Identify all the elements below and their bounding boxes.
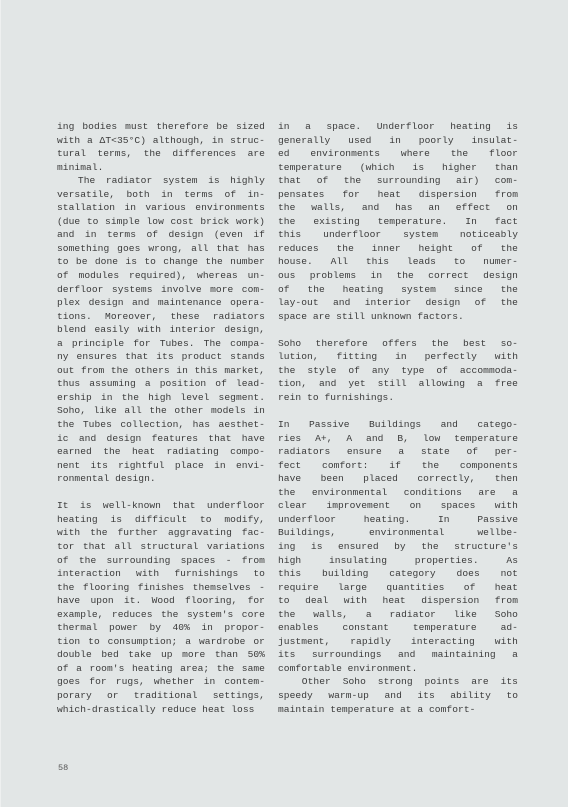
text-line: thermal power by 40% in propor- (57, 621, 265, 635)
text-line: underfloor heating. In Passive (278, 513, 518, 527)
text-line: Buildings, environmental wellbe- (278, 526, 518, 540)
right-text-column: in a space. Underfloor heating isgeneral… (278, 120, 518, 716)
text-line: rein to furnishings. (278, 391, 518, 405)
text-line: It is well-known that underfloor (57, 499, 265, 513)
text-line: its surroundings and maintaining a (278, 648, 518, 662)
paragraph-gap (278, 404, 518, 418)
text-line: of the heating system since the (278, 283, 518, 297)
text-line: tion to consumption; a wardrobe or (57, 635, 265, 649)
text-line: derfloor systems involve more com- (57, 283, 265, 297)
paragraph: ing bodies must therefore be sizedwith a… (57, 120, 265, 174)
text-line: of modules required), whereas un- (57, 269, 265, 283)
text-line: Soho therefore offers the best so- (278, 337, 518, 351)
text-line: ronmental design. (57, 472, 265, 486)
text-line: minimal. (57, 161, 265, 175)
text-line: something goes wrong, all that has (57, 242, 265, 256)
text-line: ership in the high level segment. (57, 391, 265, 405)
text-line: the flooring finishes themselves - (57, 581, 265, 595)
text-line: tor that all structural variations (57, 540, 265, 554)
text-line: radiators ensure a state of per- (278, 445, 518, 459)
text-line: the environmental conditions are a (278, 486, 518, 500)
text-line: to deal with heat dispersion from (278, 594, 518, 608)
text-line: ries A+, A and B, low temperature (278, 432, 518, 446)
text-line: The radiator system is highly (57, 174, 265, 188)
paragraph: It is well-known that underfloorheating … (57, 499, 265, 716)
text-line: have been placed correctly, then (278, 472, 518, 486)
text-line: tion, and yet still allowing a free (278, 377, 518, 391)
text-line: maintain temperature at a comfort- (278, 703, 518, 717)
paragraph-gap (278, 323, 518, 337)
text-line: in a space. Underfloor heating is (278, 120, 518, 134)
text-line: have upon it. Wood flooring, for (57, 594, 265, 608)
text-line: the walls, a radiator like Soho (278, 608, 518, 622)
paragraph: The radiator system is highlyversatile, … (57, 174, 265, 486)
text-line: reduces the inner height of the (278, 242, 518, 256)
text-line: Soho, like all the other models in (57, 404, 265, 418)
text-line: this building category does not (278, 567, 518, 581)
text-line: lution, fitting in perfectly with (278, 350, 518, 364)
text-line: space are still unknown factors. (278, 310, 518, 324)
text-line: ic and design features that have (57, 432, 265, 446)
text-line: thus assuming a position of lead- (57, 377, 265, 391)
text-line: with a ΔT<35°C) although, in struc- (57, 134, 265, 148)
text-line: versatile, both in terms of in- (57, 188, 265, 202)
text-line: justment, rapidly interacting with (278, 635, 518, 649)
text-line: goes for rugs, whether in contem- (57, 675, 265, 689)
text-line: ny ensures that its product stands (57, 350, 265, 364)
text-line: example, reduces the system's core (57, 608, 265, 622)
page-number: 58 (58, 763, 68, 773)
text-line: In Passive Buildings and catego- (278, 418, 518, 432)
text-line: generally used in poorly insulat- (278, 134, 518, 148)
text-line: ing bodies must therefore be sized (57, 120, 265, 134)
text-line: lay-out and interior design of the (278, 296, 518, 310)
text-line: porary or traditional settings, (57, 689, 265, 703)
text-line: require large quantities of heat (278, 581, 518, 595)
text-line: this underfloor system noticeably (278, 228, 518, 242)
text-line: Other Soho strong points are its (278, 675, 518, 689)
text-line: which-drastically reduce heat loss (57, 703, 265, 717)
text-line: earned the heat radiating compo- (57, 445, 265, 459)
text-line: nent its rightful place in envi- (57, 459, 265, 473)
text-line: stallation in various environments (57, 201, 265, 215)
text-line: to be done is to change the number (57, 255, 265, 269)
text-line: speedy warm-up and its ability to (278, 689, 518, 703)
text-line: ed environments where the floor (278, 147, 518, 161)
text-line: out from the others in this market, (57, 364, 265, 378)
paragraph: Soho therefore offers the best so-lution… (278, 337, 518, 405)
text-line: tions. Moreover, these radiators (57, 310, 265, 324)
text-line: and in terms of design (even if (57, 228, 265, 242)
text-line: ing is ensured by the structure's (278, 540, 518, 554)
text-line: plex design and maintenance opera- (57, 296, 265, 310)
text-line: interaction with furnishings to (57, 567, 265, 581)
text-line: a principle for Tubes. The compa- (57, 337, 265, 351)
text-line: house. All this leads to numer- (278, 255, 518, 269)
text-line: of a room's heating area; the same (57, 662, 265, 676)
left-text-column: ing bodies must therefore be sizedwith a… (57, 120, 265, 716)
text-line: ous problems in the correct design (278, 269, 518, 283)
text-line: the Tubes collection, has aesthet- (57, 418, 265, 432)
text-line: tural terms, the differences are (57, 147, 265, 161)
text-line: double bed take up more than 50% (57, 648, 265, 662)
text-line: (due to simple low cost brick work) (57, 215, 265, 229)
text-line: the existing temperature. In fact (278, 215, 518, 229)
text-line: clear improvement on spaces with (278, 499, 518, 513)
text-line: comfortable environment. (278, 662, 518, 676)
text-line: temperature (which is higher than (278, 161, 518, 175)
text-line: high insulating properties. As (278, 554, 518, 568)
text-line: enables constant temperature ad- (278, 621, 518, 635)
text-line: with the further aggravating fac- (57, 526, 265, 540)
text-line: the walls, and has an effect on (278, 201, 518, 215)
text-line: blend easily with interior design, (57, 323, 265, 337)
text-line: of the surrounding spaces - from (57, 554, 265, 568)
paragraph: In Passive Buildings and catego-ries A+,… (278, 418, 518, 675)
text-line: the style of any type of accommoda- (278, 364, 518, 378)
text-line: that of the surrounding air) com- (278, 174, 518, 188)
text-line: heating is difficult to modify, (57, 513, 265, 527)
paragraph-gap (57, 486, 265, 500)
text-line: pensates for heat dispersion from (278, 188, 518, 202)
text-line: fect comfort: if the components (278, 459, 518, 473)
paragraph: Other Soho strong points are itsspeedy w… (278, 675, 518, 716)
paragraph: in a space. Underfloor heating isgeneral… (278, 120, 518, 323)
